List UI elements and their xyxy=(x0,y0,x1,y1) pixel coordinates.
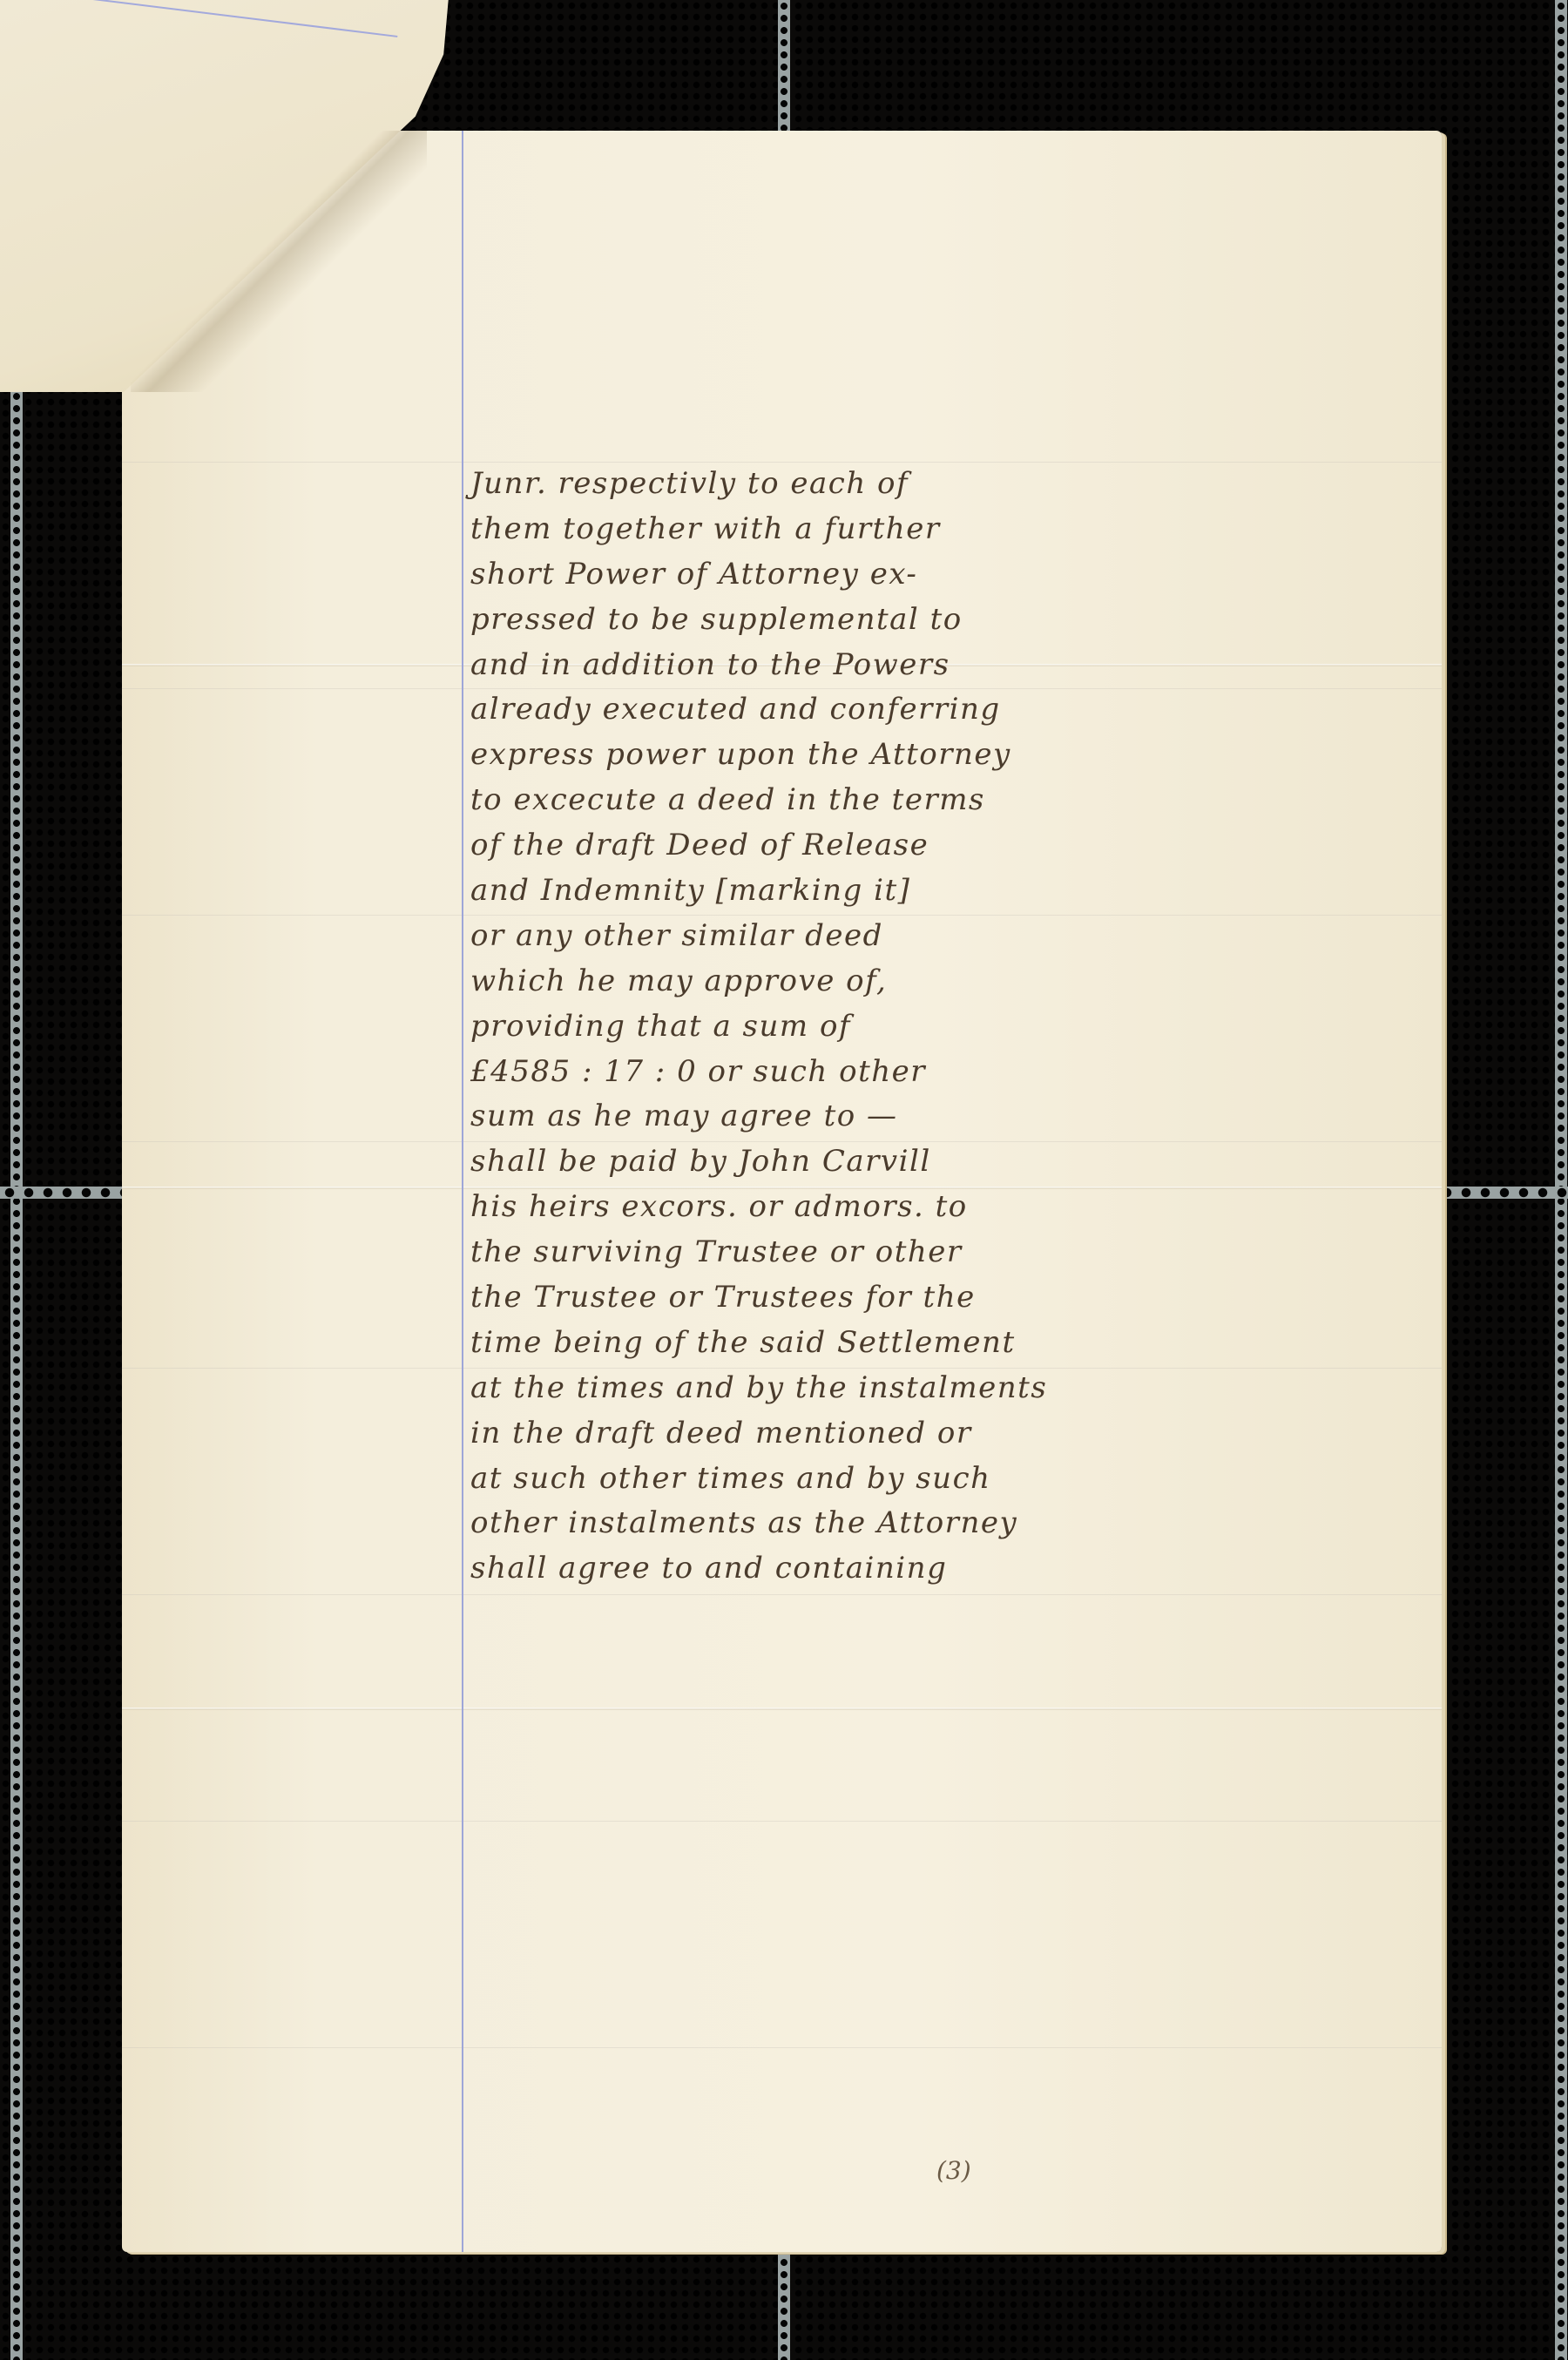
text-line: the Trustee or Trustees for the xyxy=(470,1275,1098,1321)
text-line: which he may approve of, xyxy=(470,959,1098,1004)
overlapping-sheet-rule xyxy=(0,0,397,37)
text-line: or any other similar deed xyxy=(470,914,1098,959)
fold-crease-3 xyxy=(122,1707,1442,1710)
text-line: pressed to be supplemental to xyxy=(470,598,1098,643)
text-line: providing that a sum of xyxy=(470,1004,1098,1050)
mat-grid-line-right xyxy=(1555,0,1567,2360)
text-line: and in addition to the Powers xyxy=(470,643,1098,688)
text-line: shall agree to and containing xyxy=(470,1546,1098,1592)
margin-line xyxy=(462,131,463,2252)
text-line: Junr. respectivly to each of xyxy=(470,462,1098,507)
page-number: (3) xyxy=(936,2156,971,2185)
text-line: sum as he may agree to — xyxy=(470,1094,1098,1139)
document-page: Junr. respectivly to each of them togeth… xyxy=(122,131,1442,2252)
text-line: to excecute a deed in the terms xyxy=(470,778,1098,823)
text-line: time being of the said Settlement xyxy=(470,1321,1098,1366)
text-line: at the times and by the instalments xyxy=(470,1366,1098,1411)
text-line: express power upon the Attorney xyxy=(470,733,1098,778)
text-line: them together with a further xyxy=(470,507,1098,552)
text-line: £4585 : 17 : 0 or such other xyxy=(470,1050,1098,1095)
text-line: of the draft Deed of Release xyxy=(470,823,1098,869)
text-line: already executed and conferring xyxy=(470,687,1098,733)
text-line: shall be paid by John Carvill xyxy=(470,1139,1098,1185)
text-line: at such other times and by such xyxy=(470,1457,1098,1502)
text-line: the surviving Trustee or other xyxy=(470,1230,1098,1275)
text-line: short Power of Attorney ex- xyxy=(470,552,1098,598)
text-line: in the draft deed mentioned or xyxy=(470,1411,1098,1457)
text-line: and Indemnity [marking it] xyxy=(470,869,1098,914)
overlapping-sheet-shadow xyxy=(131,131,427,392)
handwritten-text-block: Junr. respectivly to each of them togeth… xyxy=(470,462,1098,1592)
text-line: his heirs excors. or admors. to xyxy=(470,1185,1098,1230)
text-line: other instalments as the Attorney xyxy=(470,1501,1098,1546)
